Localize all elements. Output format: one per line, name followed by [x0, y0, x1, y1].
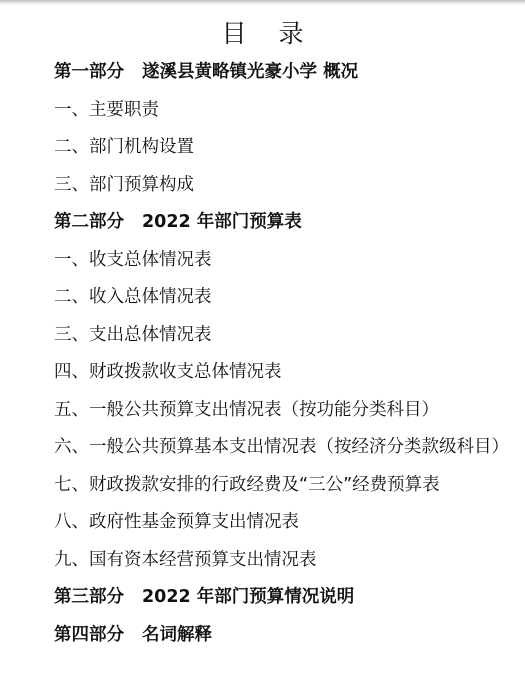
part-label: 第四部分 — [54, 625, 124, 645]
toc-item[interactable]: 一、收支总体情况表 — [17, 242, 517, 280]
toc-item[interactable]: 三、部门预算构成 — [17, 167, 517, 205]
part-title: 2022 年部门预算情况说明 — [142, 587, 354, 607]
toc-item[interactable]: 七、财政拨款安排的行政经费及“三公”经费预算表 — [17, 467, 517, 505]
part-label: 第二部分 — [54, 212, 124, 232]
toc-item[interactable]: 六、一般公共预算基本支出情况表（按经济分类款级科目） — [17, 429, 517, 467]
toc-item[interactable]: 一、主要职责 — [17, 92, 517, 130]
part-label: 第三部分 — [54, 587, 124, 607]
toc-item[interactable]: 八、政府性基金预算支出情况表 — [17, 504, 517, 542]
part-title: 2022 年部门预算表 — [142, 212, 302, 232]
table-of-contents: 第一部分遂溪县黄略镇光豪小学 概况 一、主要职责 二、部门机构设置 三、部门预算… — [17, 54, 517, 654]
part-label: 第一部分 — [54, 62, 124, 82]
page-top-edge — [0, 0, 525, 6]
toc-item[interactable]: 二、收入总体情况表 — [17, 279, 517, 317]
toc-item[interactable]: 五、一般公共预算支出情况表（按功能分类科目） — [17, 392, 517, 430]
toc-part-1[interactable]: 第一部分遂溪县黄略镇光豪小学 概况 — [17, 54, 517, 92]
page-title: 目 录 — [0, 16, 525, 52]
toc-item[interactable]: 三、支出总体情况表 — [17, 317, 517, 355]
toc-item[interactable]: 九、国有资本经营预算支出情况表 — [17, 542, 517, 580]
part-title: 遂溪县黄略镇光豪小学 概况 — [142, 62, 358, 82]
toc-part-4[interactable]: 第四部分名词解释 — [17, 617, 517, 655]
toc-part-3[interactable]: 第三部分2022 年部门预算情况说明 — [17, 579, 517, 617]
toc-item[interactable]: 四、财政拨款收支总体情况表 — [17, 354, 517, 392]
toc-item[interactable]: 二、部门机构设置 — [17, 129, 517, 167]
toc-part-2[interactable]: 第二部分2022 年部门预算表 — [17, 204, 517, 242]
part-title: 名词解释 — [142, 625, 212, 645]
